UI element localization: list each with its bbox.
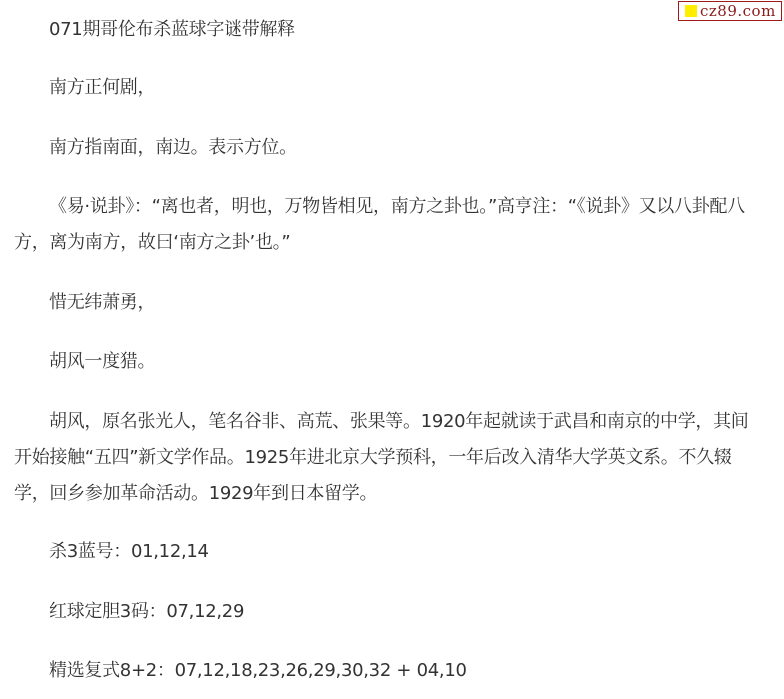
site-watermark: cz89.com	[678, 1, 782, 21]
riddle-line-2: 惜无纬萧勇，	[14, 285, 762, 321]
watermark-text: cz89.com	[700, 2, 776, 20]
explanation-paragraph-1: 南方指南面，南边。表示方位。	[14, 130, 762, 166]
explanation-paragraph-2: 《易·说卦》：“离也者，明也，万物皆相见，南方之卦也。”高亨注：“《说卦》又以八…	[14, 189, 762, 261]
riddle-line-1: 南方正何剧，	[14, 70, 762, 106]
article-title: 071期哥伦布杀蓝球字谜带解释	[14, 12, 762, 48]
red-ball-fixed-numbers: 红球定胆3码：07,12,29	[14, 594, 762, 630]
riddle-line-3: 胡风一度猎。	[14, 344, 762, 380]
explanation-paragraph-3: 胡风，原名张光人，笔名谷非、高荒、张果等。1920年起就读于武昌和南京的中学，其…	[14, 404, 762, 512]
kill-blue-numbers: 杀3蓝号：01,12,14	[14, 534, 762, 570]
selected-compound-numbers: 精选复式8+2：07,12,18,23,26,29,30,32 + 04,10	[14, 653, 762, 689]
yellow-square-icon	[685, 5, 697, 17]
